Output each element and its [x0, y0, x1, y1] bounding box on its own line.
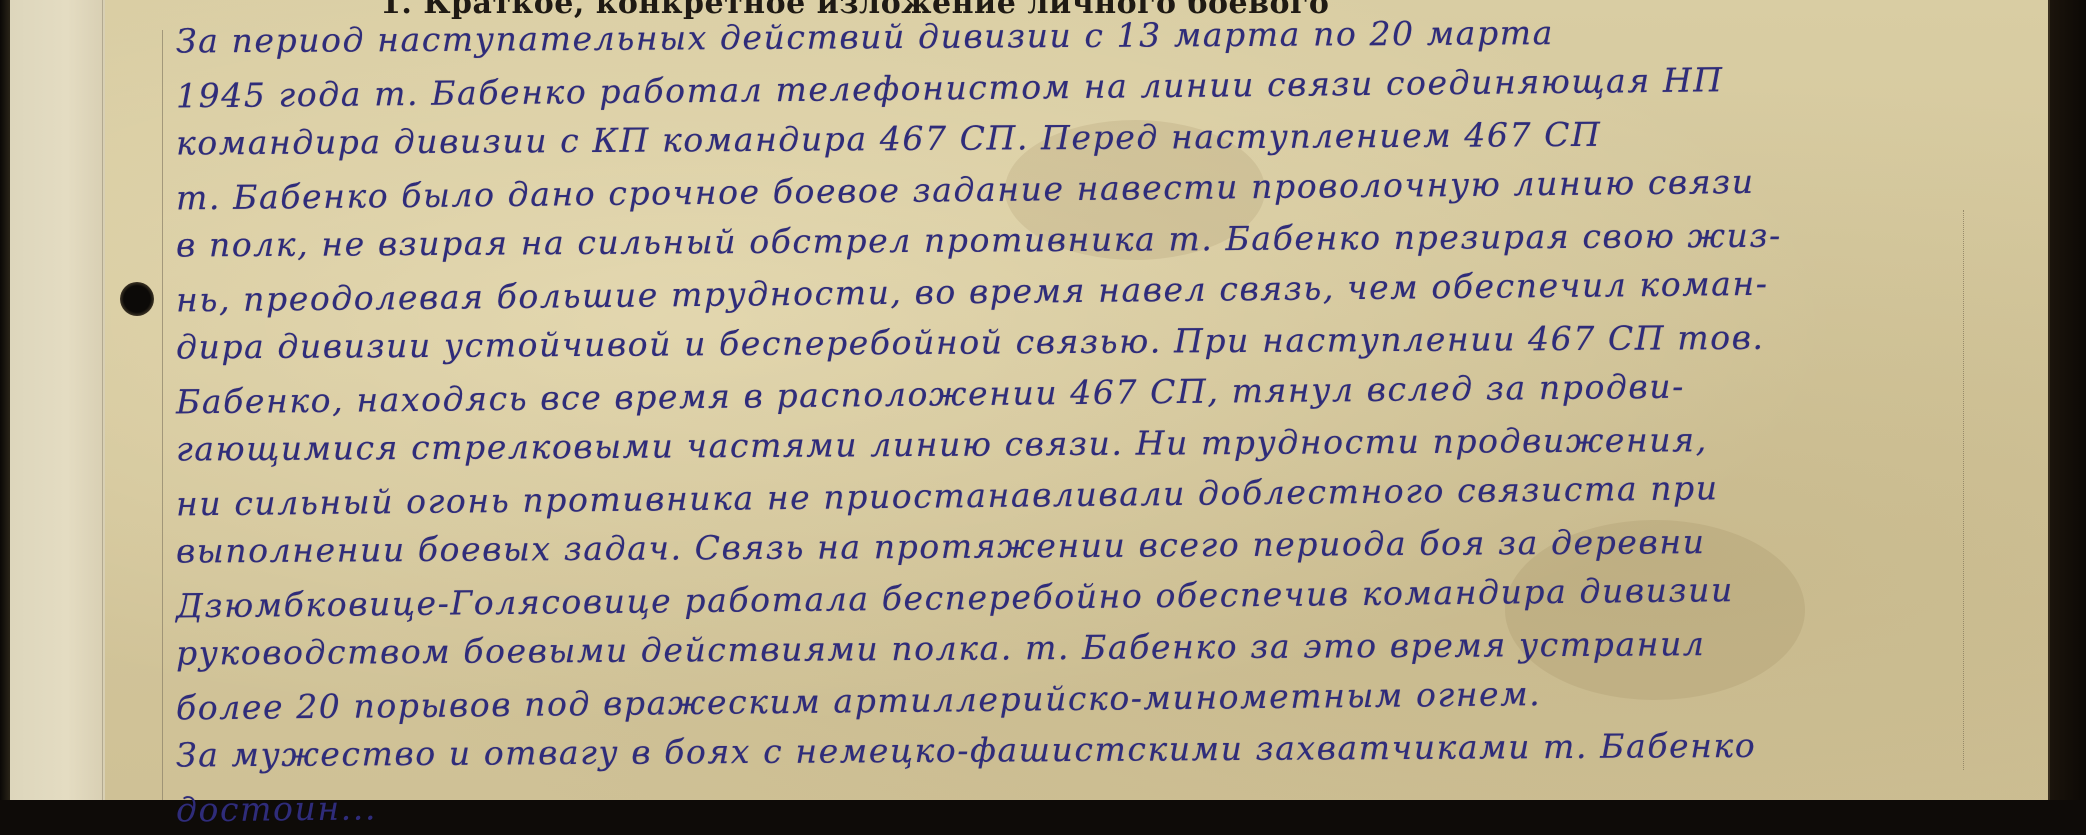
scan-left-border — [0, 0, 10, 800]
punch-hole — [120, 282, 154, 316]
margin-rule — [162, 30, 163, 800]
scan-right-border — [2048, 0, 2086, 800]
binding-fold-line — [102, 0, 103, 800]
document-scan: 1. Краткое, конкретное изложение личного… — [0, 0, 2086, 800]
binding-strip — [10, 0, 106, 800]
handwritten-text-body: За период наступательных действий дивизи… — [176, 10, 1976, 800]
